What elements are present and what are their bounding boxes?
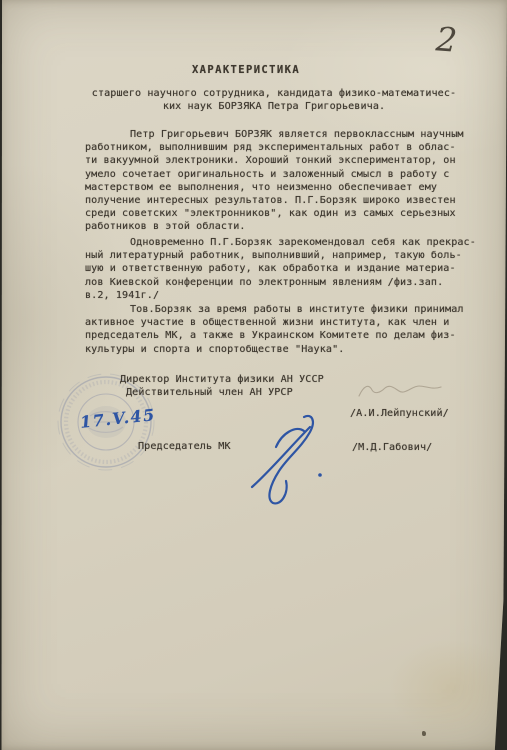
- chairman-title: Председатель МК: [138, 440, 231, 453]
- director-name: /А.И.Лейпунский/: [350, 407, 449, 420]
- director-title-line-2: Действительный член АН УРСР: [126, 386, 293, 399]
- doc-title: ХАРАКТЕРИСТИКА: [85, 64, 407, 77]
- chairman-signature-handwriting: [246, 413, 338, 509]
- paragraph-2: Одновременно П.Г.Борзяк зарекомендовал с…: [85, 236, 477, 302]
- director-title-line-1: Директор Института физики АН УССР: [120, 373, 324, 386]
- ink-speck: [422, 731, 426, 736]
- page-number: 2: [435, 19, 459, 59]
- doc-subtitle: старшего научного сотрудника, кандидата …: [85, 87, 463, 113]
- paragraph-3: Тов.Борзяк за время работы в институте ф…: [85, 303, 477, 356]
- director-signature-handwriting: [356, 379, 444, 403]
- chairman-name: /М.Д.Габович/: [352, 441, 432, 454]
- paragraph-1: Петр Григорьевич БОРЗЯК является первокл…: [85, 128, 477, 234]
- document-page: 2 ХАРАКТЕРИСТИКА старшего научного сотру…: [0, 0, 507, 750]
